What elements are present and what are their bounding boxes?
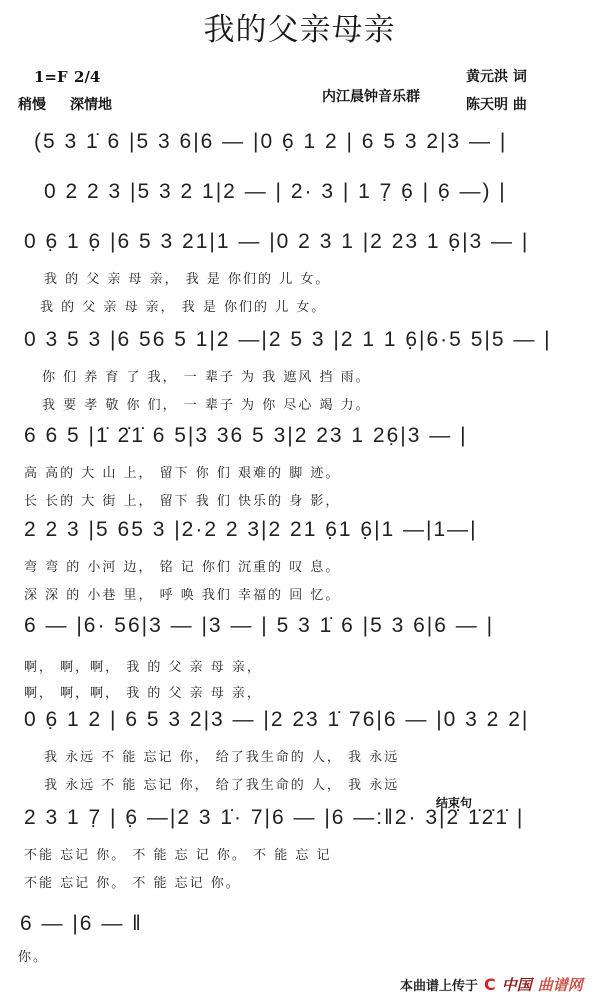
lyric-line-4-verse-2: 我 要 孝 敬 你 们， 一 辈子 为 你 尽心 竭 力。 (42, 394, 371, 413)
notation-line-3: 0 6̣ 1 6̣ |6 5 3 21|1 — |0 2 3 1 |2 23 1… (24, 230, 529, 254)
lyric-line-3-verse-1: 我 的 父 亲 母 亲， 我 是 你们的 儿 女。 (44, 268, 330, 287)
notation-line-5: 6 6 5 |1̇ 2̇1̇ 6 5|3 36 5 3|2 23 1 26̣|3… (24, 424, 468, 448)
upload-text: 本曲谱上传于 (400, 975, 478, 994)
lyric-line-9-verse-1: 不能 忘记 你。 不 能 忘 记 你。 不 能 忘 记 (24, 844, 331, 863)
notation-line-7: 6 — |6· 56|3 — |3 — | 5 3 1̇ 6 |5 3 6|6 … (24, 614, 494, 638)
notation-line-10: 6 — |6 — ‖ (20, 912, 143, 936)
site-name-part-1: 中国 (502, 974, 532, 995)
notation-line-9: 2 3 1 7̣ | 6̣ —|2 3 1̇· 7|6 — |6 —:‖2· 3… (24, 806, 524, 830)
lyric-line-9-verse-2: 不能 忘记 你。 不 能 忘记 你。 (24, 872, 241, 891)
lyric-line-8-verse-1: 我 永远 不 能 忘记 你， 给了我生命的 人， 我 永远 (44, 746, 399, 765)
footer-watermark: 本曲谱上传于 C 中国曲谱网 (400, 974, 583, 995)
lyric-line-6-verse-2: 深 深 的 小巷 里， 呼 唤 我们 幸福的 回 忆。 (24, 584, 340, 603)
lyric-line-8-verse-2: 我 永远 不 能 忘记 你， 给了我生命的 人， 我 永远 (44, 774, 399, 793)
lyric-line-3-verse-2: 我 的 父 亲 母 亲， 我 是 你们的 儿 女。 (40, 296, 326, 315)
key-signature: 1=F (34, 68, 68, 86)
lyric-line-7-verse-2: 啊， 啊，啊， 我 的 父 亲 母 亲， (24, 682, 262, 701)
lyric-line-5-verse-2: 长 长的 大 街 上， 留下 我 们 快乐的 身 影， (24, 490, 340, 509)
lyric-line-5-verse-1: 高 高的 大 山 上， 留下 你 们 艰难的 脚 迹。 (24, 462, 340, 481)
lyricist-credit: 黄元洪 词 (466, 66, 527, 86)
notation-line-6: 2 2 3 |5 65 3 |2·2 2 3|2 21 6̣1 6̣|1 —|1… (24, 518, 478, 542)
site-logo-icon: C (484, 975, 496, 994)
performer-credit: 内江晨钟音乐群 (322, 86, 420, 106)
expression-marking: 深情地 (70, 94, 112, 114)
lyric-line-6-verse-1: 弯 弯 的 小河 边， 铭 记 你们 沉重的 叹 息。 (24, 556, 340, 575)
lyric-line-7-verse-1: 啊， 啊，啊， 我 的 父 亲 母 亲， (24, 656, 262, 675)
notation-line-1: (5 3 1̇ 6 |5 3 6|6 — |0 6̣ 1 2 | 6 5 3 2… (34, 130, 507, 154)
notation-line-2: 0 2 2 3 |5 3 2 1|2 — | 2· 3 | 1 7̣ 6̣ | … (44, 180, 507, 204)
song-title: 我的父亲母亲 (0, 4, 599, 49)
tempo-marking: 稍慢 (18, 94, 46, 114)
composer-credit: 陈天明 曲 (466, 94, 527, 114)
notation-line-4: 0 3 5 3 |6 56 5 1|2 —|2 5 3 |2 1 1 6̣|6·… (24, 328, 552, 352)
notation-line-8: 0 6̣ 1 2 | 6 5 3 2|3 — |2 23 1̇ 76|6 — |… (24, 708, 529, 732)
site-name-part-2: 曲谱网 (538, 974, 583, 995)
lyric-line-4-verse-1: 你 们 养 育 了 我， 一 辈子 为 我 遮风 挡 雨。 (42, 366, 371, 385)
lyric-line-10: 你。 (18, 946, 48, 965)
time-signature: 2/4 (74, 68, 100, 86)
